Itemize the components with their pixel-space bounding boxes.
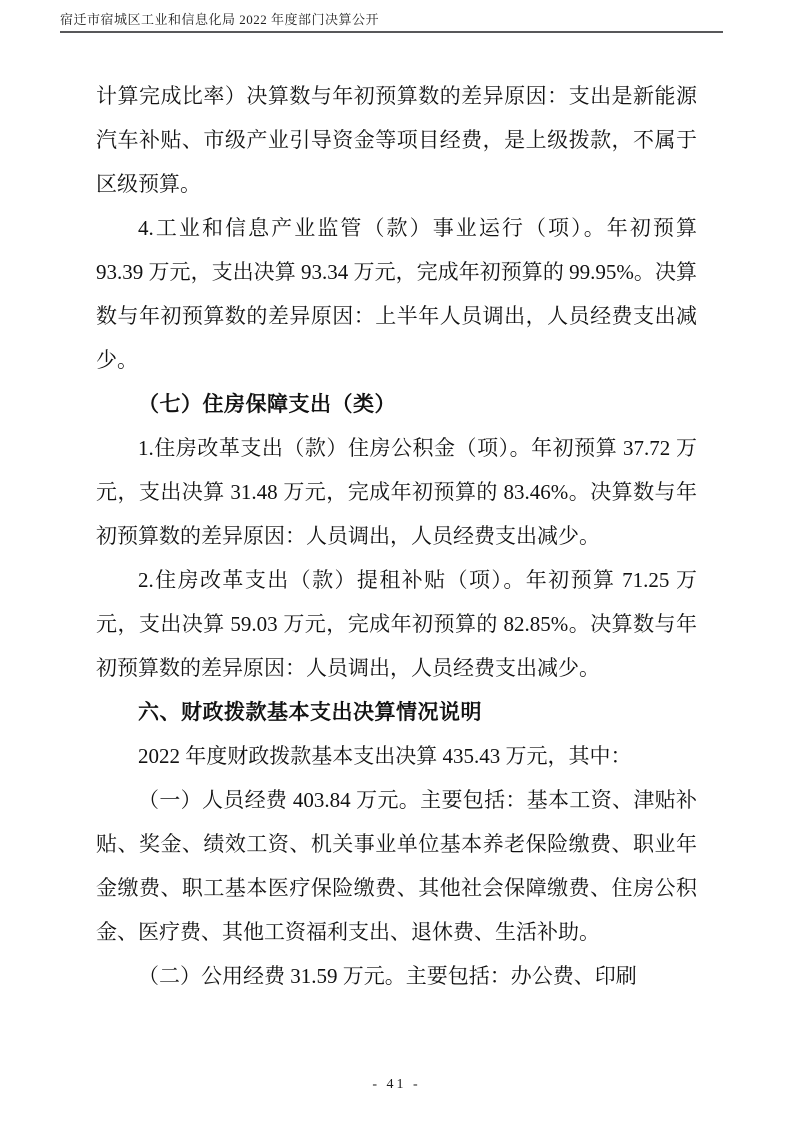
document-page: 宿迁市宿城区工业和信息化局 2022 年度部门决算公开 计算完成比率）决算数与年… (0, 0, 793, 1122)
section-heading: 六、财政拨款基本支出决算情况说明 (96, 690, 697, 734)
paragraph: （一）人员经费 403.84 万元。主要包括：基本工资、津贴补贴、奖金、绩效工资… (96, 778, 697, 954)
paragraph: （二）公用经费 31.59 万元。主要包括：办公费、印刷 (96, 954, 697, 998)
paragraph: 1.住房改革支出（款）住房公积金（项）。年初预算 37.72 万元，支出决算 3… (96, 426, 697, 558)
paragraph: 计算完成比率）决算数与年初预算数的差异原因：支出是新能源汽车补贴、市级产业引导资… (96, 74, 697, 206)
page-footer: - 41 - (0, 1076, 793, 1094)
section-heading: （七）住房保障支出（类） (96, 382, 697, 426)
page-number: - 41 - (372, 1077, 420, 1092)
paragraph: 2.住房改革支出（款）提租补贴（项）。年初预算 71.25 万元，支出决算 59… (96, 558, 697, 690)
document-body: 计算完成比率）决算数与年初预算数的差异原因：支出是新能源汽车补贴、市级产业引导资… (96, 74, 697, 998)
page-header: 宿迁市宿城区工业和信息化局 2022 年度部门决算公开 (60, 12, 723, 33)
paragraph: 4.工业和信息产业监管（款）事业运行（项）。年初预算 93.39 万元，支出决算… (96, 206, 697, 382)
paragraph: 2022 年度财政拨款基本支出决算 435.43 万元，其中： (96, 734, 697, 778)
header-title: 宿迁市宿城区工业和信息化局 2022 年度部门决算公开 (60, 12, 379, 27)
